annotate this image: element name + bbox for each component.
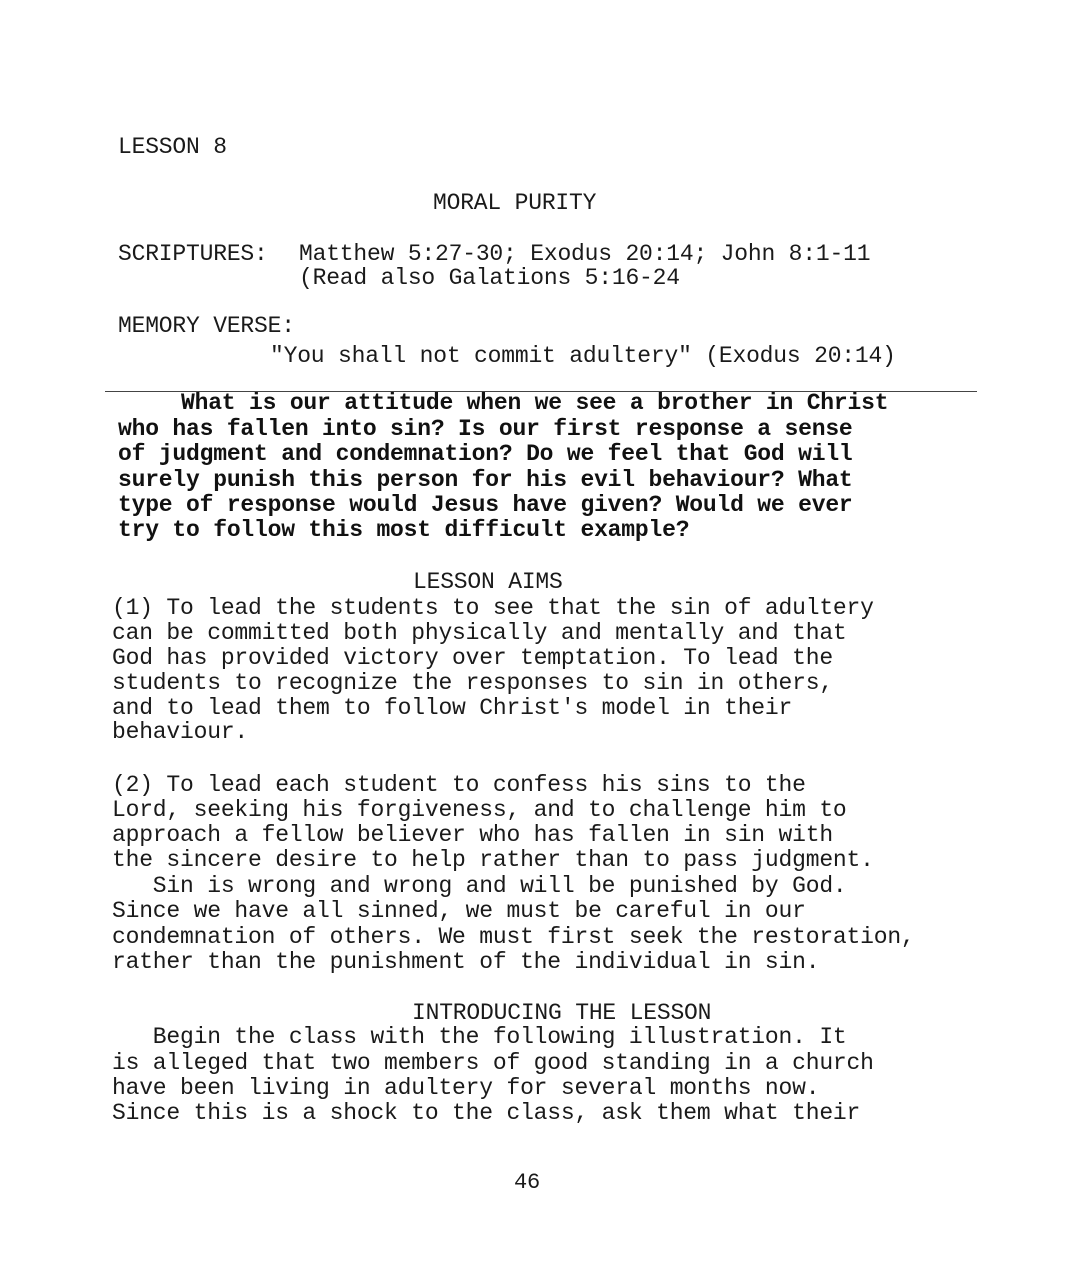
- intro-line: What is our attitude when we see a broth…: [181, 391, 888, 416]
- lesson-label: LESSON 8: [118, 135, 227, 160]
- intro-line: of judgment and condemnation? Do we feel…: [118, 442, 853, 467]
- scriptures-line-1: Matthew 5:27-30; Exodus 20:14; John 8:1-…: [299, 242, 870, 267]
- page-number: 46: [514, 1170, 540, 1195]
- document-page: LESSON 8 MORAL PURITY SCRIPTURES: Matthe…: [0, 0, 1087, 1274]
- intro-line: who has fallen into sin? Is our first re…: [118, 417, 853, 442]
- introducing-heading: INTRODUCING THE LESSON: [412, 1001, 711, 1026]
- aim-line: approach a fellow believer who has falle…: [112, 823, 833, 848]
- introducing-line: Begin the class with the following illus…: [112, 1025, 847, 1050]
- aim-line: (1) To lead the students to see that the…: [112, 596, 874, 621]
- intro-line: type of response would Jesus have given?…: [118, 493, 853, 518]
- intro-line: surely punish this person for his evil b…: [118, 468, 853, 493]
- scriptures-label: SCRIPTURES:: [118, 242, 268, 267]
- introducing-line: have been living in adultery for several…: [112, 1076, 819, 1101]
- aim-line: Sin is wrong and wrong and will be punis…: [112, 874, 847, 899]
- intro-line: try to follow this most difficult exampl…: [118, 518, 689, 543]
- aim-line: rather than the punishment of the indivi…: [112, 950, 819, 975]
- lesson-aims-heading: LESSON AIMS: [413, 570, 563, 595]
- aim-line: behaviour.: [112, 720, 248, 745]
- aim-line: the sincere desire to help rather than t…: [112, 848, 874, 873]
- aim-line: Lord, seeking his forgiveness, and to ch…: [112, 798, 847, 823]
- aim-line: and to lead them to follow Christ's mode…: [112, 696, 792, 721]
- memory-verse-text: "You shall not commit adultery" (Exodus …: [270, 344, 896, 369]
- memory-verse-label: MEMORY VERSE:: [118, 314, 295, 339]
- aim-line: condemnation of others. We must first se…: [112, 925, 915, 950]
- page-title: MORAL PURITY: [433, 191, 596, 216]
- scriptures-line-2: (Read also Galations 5:16-24: [299, 266, 680, 291]
- introducing-line: Since this is a shock to the class, ask …: [112, 1101, 860, 1126]
- introducing-line: is alleged that two members of good stan…: [112, 1051, 874, 1076]
- aim-line: Since we have all sinned, we must be car…: [112, 899, 806, 924]
- aim-line: (2) To lead each student to confess his …: [112, 773, 806, 798]
- aim-line: can be committed both physically and men…: [112, 621, 847, 646]
- aim-line: God has provided victory over temptation…: [112, 646, 833, 671]
- aim-line: students to recognize the responses to s…: [112, 671, 833, 696]
